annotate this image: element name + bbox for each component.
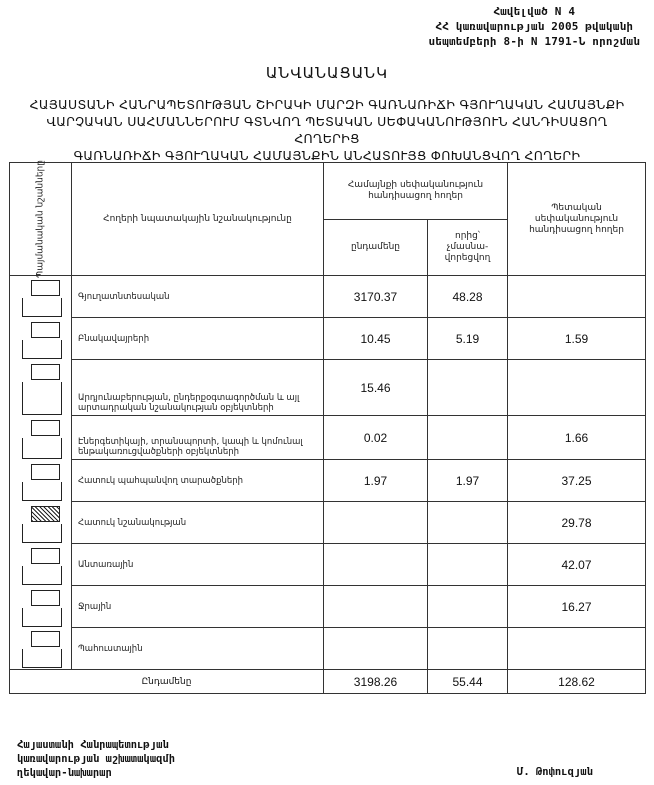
legend-cell	[10, 416, 72, 460]
community-total: 0.02	[324, 416, 428, 460]
state-owned: 16.27	[508, 586, 646, 628]
community-non-privatized	[428, 544, 508, 586]
state-owned: 1.59	[508, 318, 646, 360]
totals-community-total: 3198.26	[324, 670, 428, 694]
land-purpose: Հատուկ պահպանվող տարածքների	[72, 460, 324, 502]
community-non-privatized	[428, 586, 508, 628]
table-row: Ջրային16.27	[10, 586, 646, 628]
appendix-reference: Հավելված N 4 ՀՀ կառավարության 2005 թվակա…	[429, 4, 641, 49]
totals-row: Ընդամենը 3198.26 55.44 128.62	[10, 670, 646, 694]
legend-symbol-icon	[22, 280, 60, 317]
community-total	[324, 544, 428, 586]
community-non-privatized: 48.28	[428, 276, 508, 318]
community-total	[324, 628, 428, 670]
state-owned: 29.78	[508, 502, 646, 544]
land-purpose: Էներգետիկայի, տրանսպորտի, կապի և կոմունա…	[72, 416, 324, 460]
signatory-title-line: ղեկավար-նախարար	[17, 766, 175, 780]
signatory-title: Հայաստանի Հանրապետության կառավարության ա…	[17, 738, 175, 780]
totals-label: Ընդամենը	[10, 670, 324, 694]
legend-cell	[10, 460, 72, 502]
legend-symbol-icon	[22, 548, 60, 585]
signatory-title-line: կառավարության աշխատակազմի	[17, 752, 175, 766]
legend-symbol-icon	[22, 631, 60, 668]
legend-cell	[10, 544, 72, 586]
community-total	[324, 586, 428, 628]
community-total	[324, 502, 428, 544]
legend-symbol-icon	[22, 420, 60, 459]
signatory-name: Մ. Թոփուզյան	[517, 766, 593, 778]
state-owned	[508, 360, 646, 416]
signatory-title-line: Հայաստանի Հանրապետության	[17, 738, 175, 752]
table-row: Գյուղատնտեսական3170.3748.28	[10, 276, 646, 318]
legend-symbol-icon	[22, 590, 60, 627]
state-owned: 1.66	[508, 416, 646, 460]
table-row: Արդյունաբերության, ընդերքօգտագործման և ա…	[10, 360, 646, 416]
land-purpose: Բնակավայրերի	[72, 318, 324, 360]
totals-state: 128.62	[508, 670, 646, 694]
legend-symbol-icon	[22, 464, 60, 501]
state-owned: 37.25	[508, 460, 646, 502]
table-row: Էներգետիկայի, տրանսպորտի, կապի և կոմունա…	[10, 416, 646, 460]
state-owned	[508, 276, 646, 318]
header-community-total: ընդամենը	[324, 219, 428, 276]
state-owned: 42.07	[508, 544, 646, 586]
land-purpose: Անտառային	[72, 544, 324, 586]
legend-symbol-icon	[22, 364, 60, 415]
legend-cell	[10, 628, 72, 670]
table-row: Հատուկ նշանակության29.78	[10, 502, 646, 544]
legend-cell	[10, 276, 72, 318]
community-non-privatized: 1.97	[428, 460, 508, 502]
legend-symbol-icon	[22, 506, 60, 543]
header-purpose: Հողերի նպատակային նշանակությունը	[72, 163, 324, 276]
land-purpose: Արդյունաբերության, ընդերքօգտագործման և ա…	[72, 360, 324, 416]
legend-cell	[10, 502, 72, 544]
legend-cell	[10, 360, 72, 416]
community-non-privatized	[428, 502, 508, 544]
appendix-line: ՀՀ կառավարության 2005 թվականի	[429, 19, 641, 34]
state-owned	[508, 628, 646, 670]
header-community: Համայնքի սեփականություն հանդիսացող հողեր	[324, 163, 508, 220]
community-total: 1.97	[324, 460, 428, 502]
legend-cell	[10, 586, 72, 628]
table-row: Անտառային42.07	[10, 544, 646, 586]
subtitle-line: ՎԱՐՉԱԿԱՆ ՍԱՀՄԱՆՆԵՐՈՒՄ ԳՏՆՎՈՂ ՊԵՏԱԿԱՆ ՍԵՓ…	[20, 113, 634, 147]
legend-symbol-icon	[22, 322, 60, 359]
appendix-line: սեպտեմբերի 8-ի N 1791-Ն որոշման	[429, 34, 641, 49]
land-table: Պայմանական նշանները Հողերի նպատակային նշ…	[9, 162, 646, 694]
totals-non-privatized: 55.44	[428, 670, 508, 694]
table-row: Բնակավայրերի10.455.191.59	[10, 318, 646, 360]
legend-cell	[10, 318, 72, 360]
community-non-privatized	[428, 360, 508, 416]
community-total: 3170.37	[324, 276, 428, 318]
land-purpose: Հատուկ նշանակության	[72, 502, 324, 544]
document-title: ԱՆՎԱՆԱՑԱՆԿ	[0, 64, 654, 82]
table-row: Պահուստային	[10, 628, 646, 670]
community-total: 15.46	[324, 360, 428, 416]
appendix-line: Հավելված N 4	[429, 4, 641, 19]
header-code: Պայմանական նշանները	[10, 163, 72, 276]
community-non-privatized: 5.19	[428, 318, 508, 360]
table-row: Հատուկ պահպանվող տարածքների1.971.9737.25	[10, 460, 646, 502]
community-total: 10.45	[324, 318, 428, 360]
land-purpose: Պահուստային	[72, 628, 324, 670]
subtitle-line: ՀԱՅԱՍՏԱՆԻ ՀԱՆՐԱՊԵՏՈՒԹՅԱՆ ՇԻՐԱԿԻ ՄԱՐԶԻ ԳԱ…	[20, 96, 634, 113]
document-subtitle: ՀԱՅԱՍՏԱՆԻ ՀԱՆՐԱՊԵՏՈՒԹՅԱՆ ՇԻՐԱԿԻ ՄԱՐԶԻ ԳԱ…	[20, 96, 634, 164]
header-community-of-which: որից՝ չմասնա-վորեցվող	[428, 219, 508, 276]
land-purpose: Գյուղատնտեսական	[72, 276, 324, 318]
header-state: Պետական սեփականություն հանդիսացող հողեր	[508, 163, 646, 276]
community-non-privatized	[428, 628, 508, 670]
land-purpose: Ջրային	[72, 586, 324, 628]
community-non-privatized	[428, 416, 508, 460]
